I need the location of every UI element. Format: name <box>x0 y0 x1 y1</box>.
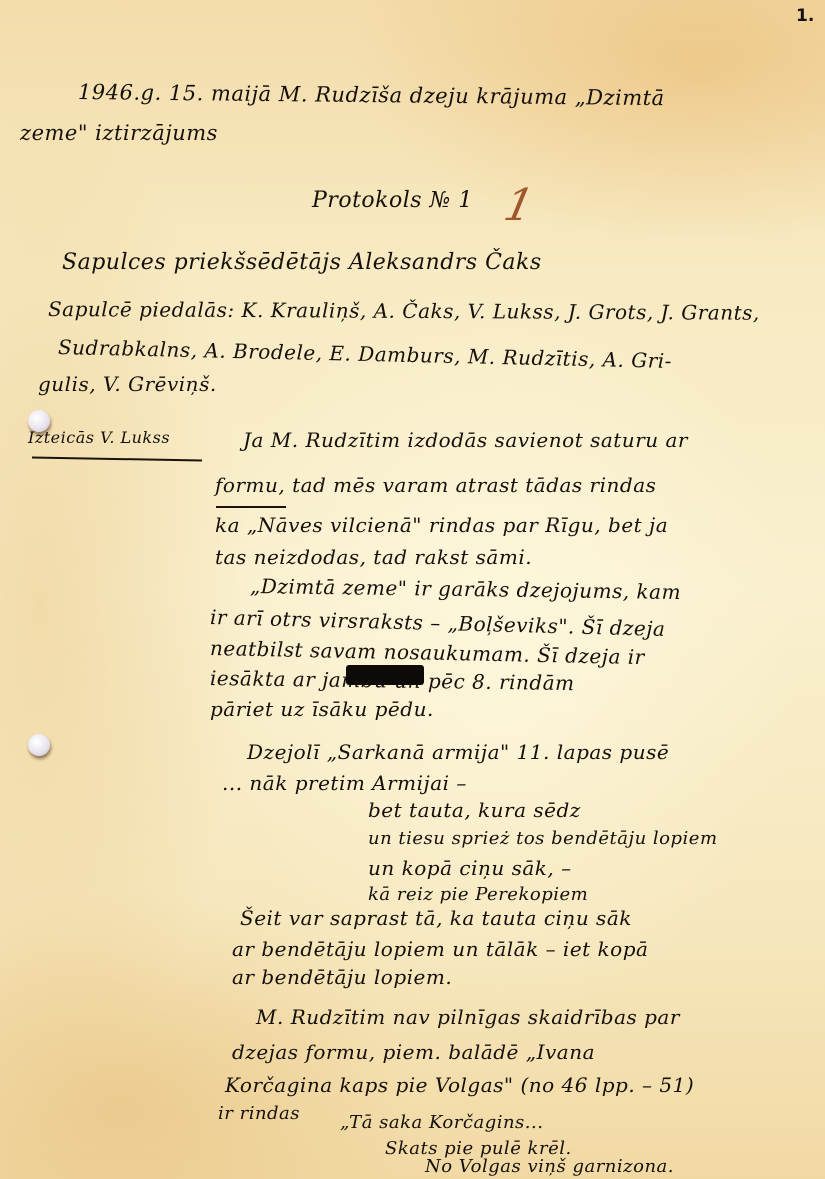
redaction-mark <box>346 665 424 685</box>
protocol-title: Protokols № 1 <box>312 188 473 213</box>
body-line: dzejas formu, piem. balādē „Ivana <box>232 1040 595 1064</box>
page-number: 1. <box>796 6 814 26</box>
body-line: Ja M. Rudzītim izdodās savienot saturu a… <box>243 428 688 452</box>
body-line: pāriet uz īsāku pēdu. <box>210 697 434 721</box>
word-underline <box>216 506 286 508</box>
heading-line-2: zeme" iztirzājums <box>20 121 218 145</box>
body-line: tas neizdodas, tad rakst sāmi. <box>215 545 532 569</box>
body-line: „Tā saka Korčagins... <box>340 1112 543 1133</box>
body-line: M. Rudzītim nav pilnīgas skaidrības par <box>256 1005 680 1029</box>
body-line: Korčagina kaps pie Volgas" (no 46 lpp. –… <box>225 1073 694 1097</box>
protocol-annotation: 1 <box>500 180 539 231</box>
speaker-label: Izteicās V. Lukss <box>28 428 170 447</box>
attendees-line-1: Sapulcē piedalās: K. Krauliņš, A. Čaks, … <box>48 297 760 325</box>
body-line: un tiesu sprież tos bendētāju lopiem <box>368 828 718 849</box>
body-line: ka „Nāves vilcienā" rindas par Rīgu, bet… <box>215 513 668 537</box>
body-line: ir arī otrs virsraksts – „Boļševiks". Šī… <box>210 605 666 641</box>
body-line: bet tauta, kura sēdz <box>368 798 581 822</box>
punch-hole <box>28 734 50 756</box>
body-line: kā reiz pie Perekopiem <box>368 884 588 905</box>
body-line: No Volgas viņš garnizona. <box>425 1156 674 1177</box>
body-line: ir rindas <box>218 1103 300 1124</box>
chairman-line: Sapulces priekšsēdētājs Aleksandrs Čaks <box>62 250 542 275</box>
attendees-line-3: gulis, V. Grēviņš. <box>38 372 217 396</box>
heading-line-1: 1946.g. 15. maijā M. Rudzīša dzeju krāju… <box>78 80 665 110</box>
body-line: un kopā ciņu sāk, – <box>368 856 572 880</box>
body-line: neatbilst savam nosaukumam. Šī dzeja ir <box>210 636 645 669</box>
body-line: ar bendētāju lopiem un tālāk – iet kopā <box>232 937 648 961</box>
body-line: formu, tad mēs varam atrast tādas rindas <box>215 473 656 497</box>
body-line: „Dzimtā zeme" ir garāks dzejojums, kam <box>250 574 681 604</box>
body-line: Šeit var saprast tā, ka tauta ciņu sāk <box>240 906 632 930</box>
body-line: ar bendētāju lopiem. <box>232 965 452 989</box>
body-line: ... nāk pretim Armijai – <box>222 771 467 795</box>
speaker-underline <box>32 457 202 462</box>
attendees-line-2: Sudrabkalns, A. Brodele, E. Damburs, M. … <box>58 335 672 373</box>
body-line: Dzejolī „Sarkanā armija" 11. lapas pusē <box>247 740 669 764</box>
